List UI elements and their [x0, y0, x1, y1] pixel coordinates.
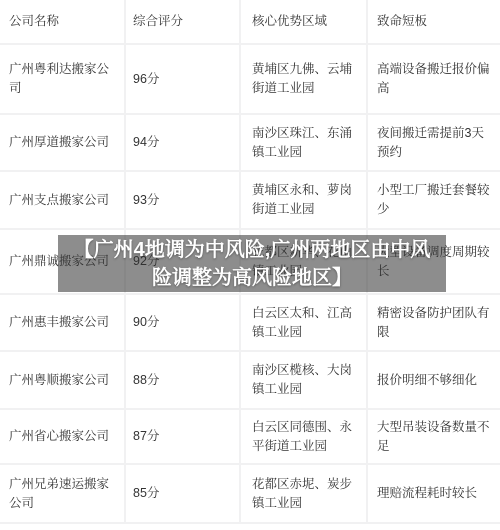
table-header-row: 公司名称 综合评分 核心优势区域 致命短板	[0, 0, 500, 45]
table-row: 广州粤顺搬家公司 88分 南沙区榄核、大岗镇工业园 报价明细不够细化	[0, 352, 500, 410]
table-row: 广州粤利达搬家公司 96分 黄埔区九佛、云埔街道工业园 高端设备搬迁报价偏高	[0, 45, 500, 115]
table-row: 广州支点搬家公司 93分 黄埔区永和、萝岗街道工业园 小型工厂搬迁套餐较少	[0, 172, 500, 230]
region-cell: 南沙区榄核、大岗镇工业园	[239, 352, 366, 408]
risk-news-text: 【广州4地调为中风险,广州两地区由中风险调整为高风险地区】	[74, 239, 431, 289]
company-name-cell: 广州省心搬家公司	[0, 410, 124, 463]
weakness-cell: 大型吊装设备数量不足	[366, 410, 500, 463]
table-row: 广州兄弟速运搬家公司 85分 花都区赤坭、炭步镇工业园 理赔流程耗时较长	[0, 465, 500, 524]
company-name-cell: 广州粤利达搬家公司	[0, 45, 124, 113]
weakness-cell: 理赔流程耗时较长	[366, 465, 500, 522]
score-cell: 87分	[124, 410, 239, 463]
region-cell: 黄埔区九佛、云埔街道工业园	[239, 45, 366, 113]
weakness-cell: 精密设备防护团队有限	[366, 295, 500, 350]
header-weakness: 致命短板	[366, 0, 500, 43]
score-cell: 90分	[124, 295, 239, 350]
table-row: 广州惠丰搬家公司 90分 白云区太和、江高镇工业园 精密设备防护团队有限	[0, 295, 500, 352]
score-cell: 85分	[124, 465, 239, 522]
region-cell: 南沙区珠江、东涌镇工业园	[239, 115, 366, 170]
weakness-cell: 小型工厂搬迁套餐较少	[366, 172, 500, 228]
score-cell: 88分	[124, 352, 239, 408]
company-name-cell: 广州支点搬家公司	[0, 172, 124, 228]
table-row: 广州厚道搬家公司 94分 南沙区珠江、东涌镇工业园 夜间搬迁需提前3天预约	[0, 115, 500, 172]
company-name-cell: 广州粤顺搬家公司	[0, 352, 124, 408]
region-cell: 白云区同德围、永平街道工业园	[239, 410, 366, 463]
weakness-cell: 高端设备搬迁报价偏高	[366, 45, 500, 113]
company-name-cell: 广州兄弟速运搬家公司	[0, 465, 124, 522]
table-row: 广州省心搬家公司 87分 白云区同德围、永平街道工业园 大型吊装设备数量不足	[0, 410, 500, 465]
company-name-cell: 广州惠丰搬家公司	[0, 295, 124, 350]
risk-news-overlay-banner: 【广州4地调为中风险,广州两地区由中风险调整为高风险地区】	[58, 235, 446, 292]
weakness-cell: 夜间搬迁需提前3天预约	[366, 115, 500, 170]
score-cell: 93分	[124, 172, 239, 228]
weakness-cell: 报价明细不够细化	[366, 352, 500, 408]
region-cell: 花都区赤坭、炭步镇工业园	[239, 465, 366, 522]
header-company-name: 公司名称	[0, 0, 124, 43]
company-name-cell: 广州厚道搬家公司	[0, 115, 124, 170]
region-cell: 黄埔区永和、萝岗街道工业园	[239, 172, 366, 228]
header-advantage-region: 核心优势区域	[239, 0, 366, 43]
header-score: 综合评分	[124, 0, 239, 43]
score-cell: 96分	[124, 45, 239, 113]
score-cell: 94分	[124, 115, 239, 170]
region-cell: 白云区太和、江高镇工业园	[239, 295, 366, 350]
